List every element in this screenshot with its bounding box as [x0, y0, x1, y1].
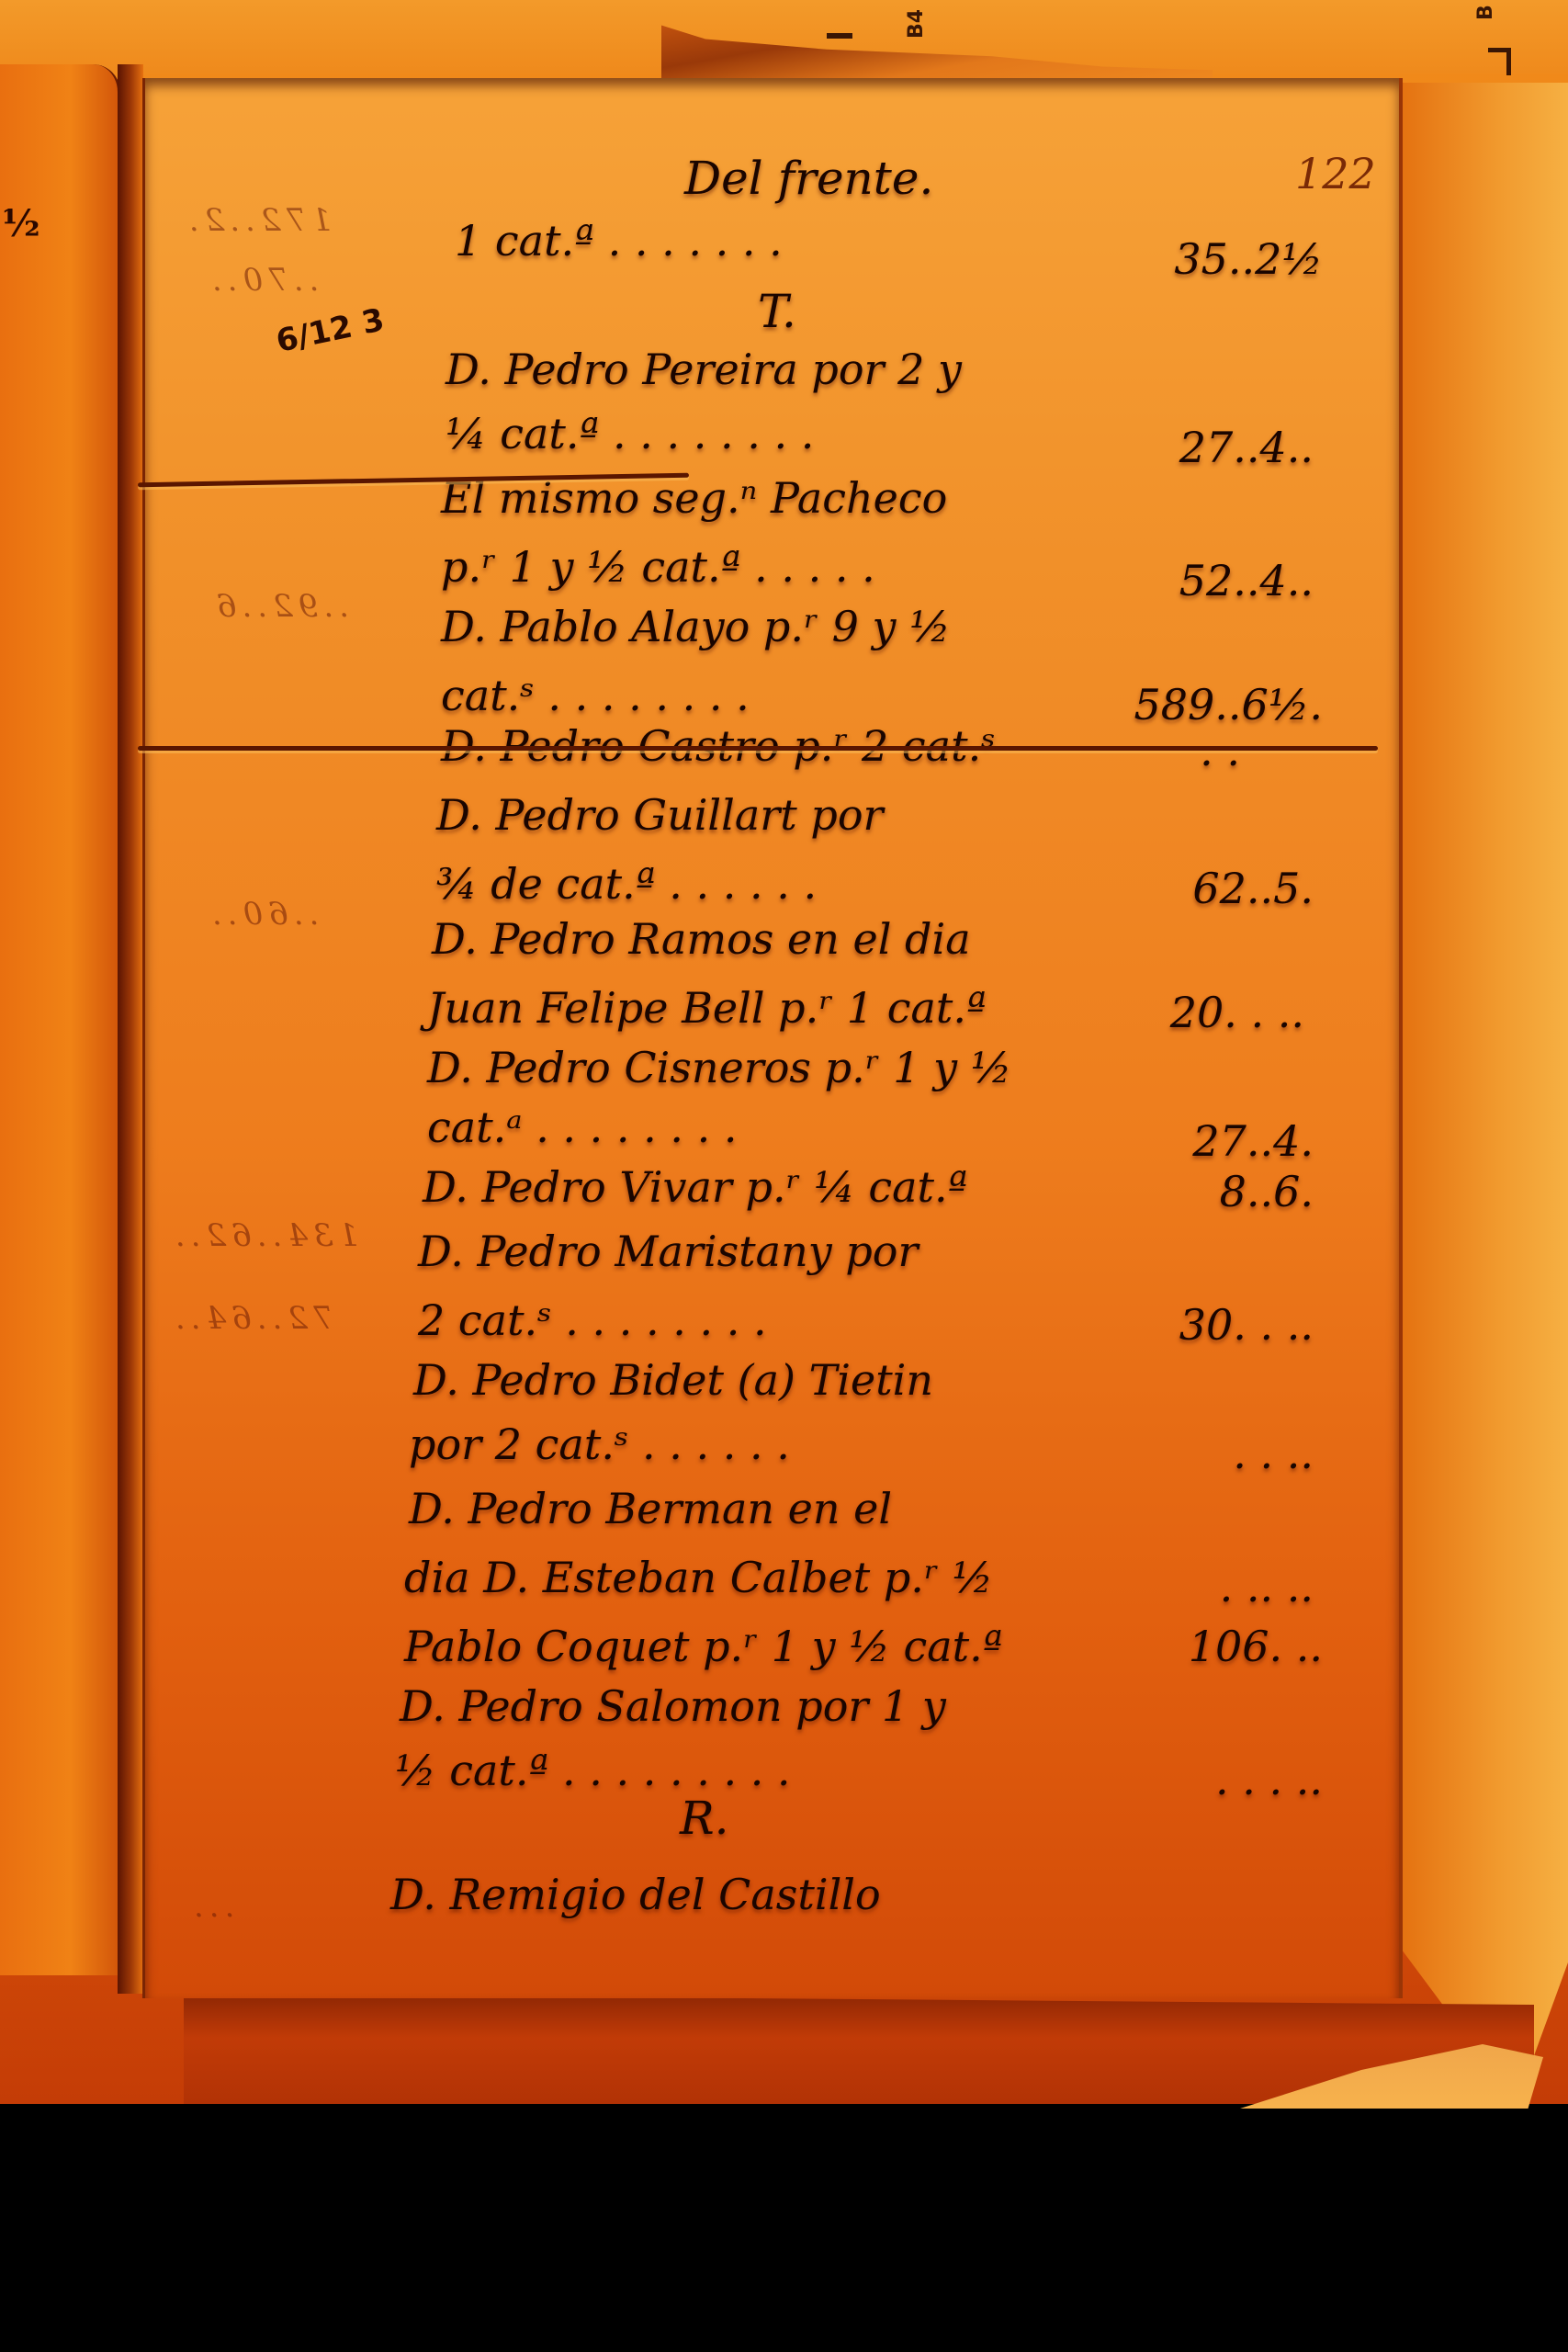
- section-letter: T.: [758, 285, 796, 338]
- ledger-line: cat.ᵃ . . . . . . . .: [427, 1102, 738, 1152]
- left-facing-page: ½: [0, 64, 120, 1975]
- bleed-through-number: 172..2.: [184, 202, 332, 239]
- ledger-amount: 27..4..: [1075, 423, 1314, 472]
- ledger-amount: 52..4..: [1075, 556, 1314, 605]
- ledger-line: dia D. Esteban Calbet p.ʳ ½: [404, 1553, 993, 1602]
- ledger-amount: . .: [1001, 726, 1240, 775]
- bleed-through-number: 72..64..: [170, 1300, 333, 1337]
- folder-right-flap: [1396, 83, 1568, 2104]
- ledger-amount: 27..4.: [1075, 1116, 1314, 1166]
- ledger-line: 2 cat.ˢ . . . . . . . .: [418, 1295, 767, 1345]
- ledger-line: 1 cat.ª . . . . . . .: [455, 216, 783, 266]
- ledger-line: D. Pablo Alayo p.ʳ 9 y ½: [441, 602, 951, 651]
- ledger-line: ¾ de cat.ª . . . . . .: [436, 859, 817, 909]
- ledger-line: D. Pedro Maristany por: [418, 1227, 918, 1276]
- tab-marker: [827, 33, 852, 39]
- ledger-amount: . . . ..: [1084, 1755, 1323, 1804]
- ledger-line: p.ʳ 1 y ½ cat.ª . . . . .: [441, 542, 875, 592]
- ledger-line: D. Pedro Ramos en el dia: [432, 914, 971, 964]
- ledger-line: D. Pedro Guillart por: [436, 790, 884, 840]
- ledger-line: D. Pedro Berman en el: [409, 1484, 892, 1533]
- ledger-line: cat.ˢ . . . . . . . .: [441, 671, 750, 720]
- page-heading: Del frente.: [684, 152, 933, 205]
- bleed-through-number: ..70..: [207, 262, 320, 299]
- ledger-amount: 62..5.: [1075, 864, 1314, 913]
- ledger-amount: . .. ..: [1075, 1562, 1314, 1611]
- ledger-line: Pablo Coquet p.ʳ 1 y ½ cat.ª: [404, 1622, 1003, 1671]
- ledger-line: D. Pedro Bidet (a) Tietin: [413, 1355, 933, 1405]
- section-letter: R.: [680, 1792, 729, 1845]
- ledger-line: D. Pedro Vivar p.ʳ ¼ cat.ª: [423, 1162, 968, 1212]
- bleed-through-number: ...: [188, 1888, 234, 1925]
- ledger-amount: 589..6½.: [1084, 680, 1323, 729]
- book-gutter: [118, 64, 143, 1994]
- bleed-through-number: ..92..6: [211, 588, 349, 625]
- ledger-line: por 2 cat.ˢ . . . . . .: [409, 1419, 790, 1469]
- archive-tab-b: B: [1474, 5, 1497, 20]
- bleed-through-number: 134..62..: [170, 1217, 358, 1254]
- archive-tab-b4: B4: [905, 9, 928, 39]
- ledger-amount: . . ..: [1075, 1429, 1314, 1478]
- ledger-line: Juan Felipe Bell p.ʳ 1 cat.ª: [427, 983, 987, 1033]
- bleed-through-number: ..60..: [207, 896, 320, 933]
- ledger-line: D. Pedro Salomon por 1 y: [400, 1681, 946, 1731]
- ledger-line: ½ cat.ª . . . . . . . . .: [395, 1746, 791, 1795]
- strike-through: [138, 746, 1378, 751]
- page-number: 122: [1295, 149, 1376, 198]
- ledger-amount: 20. . ..: [1066, 988, 1304, 1037]
- left-page-mark: ½: [2, 202, 40, 245]
- ledger-line: D. Remigio del Castillo: [390, 1870, 881, 1919]
- ledger-line: ¼ cat.ª . . . . . . . .: [446, 409, 814, 458]
- tab-marker: [1506, 48, 1511, 75]
- ledger-line: D. Pedro Cisneros p.ʳ 1 y ½: [427, 1043, 1011, 1092]
- ledger-amount: 106. ..: [1084, 1622, 1323, 1671]
- ledger-amount: 30. . ..: [1075, 1300, 1314, 1350]
- ledger-amount: 8..6.: [1075, 1167, 1314, 1216]
- ledger-amount: 35..2½: [1084, 234, 1323, 284]
- ledger-line: D. Pedro Pereira por 2 y: [446, 345, 962, 394]
- ledger-line: El mismo seg.ⁿ Pacheco: [441, 473, 947, 523]
